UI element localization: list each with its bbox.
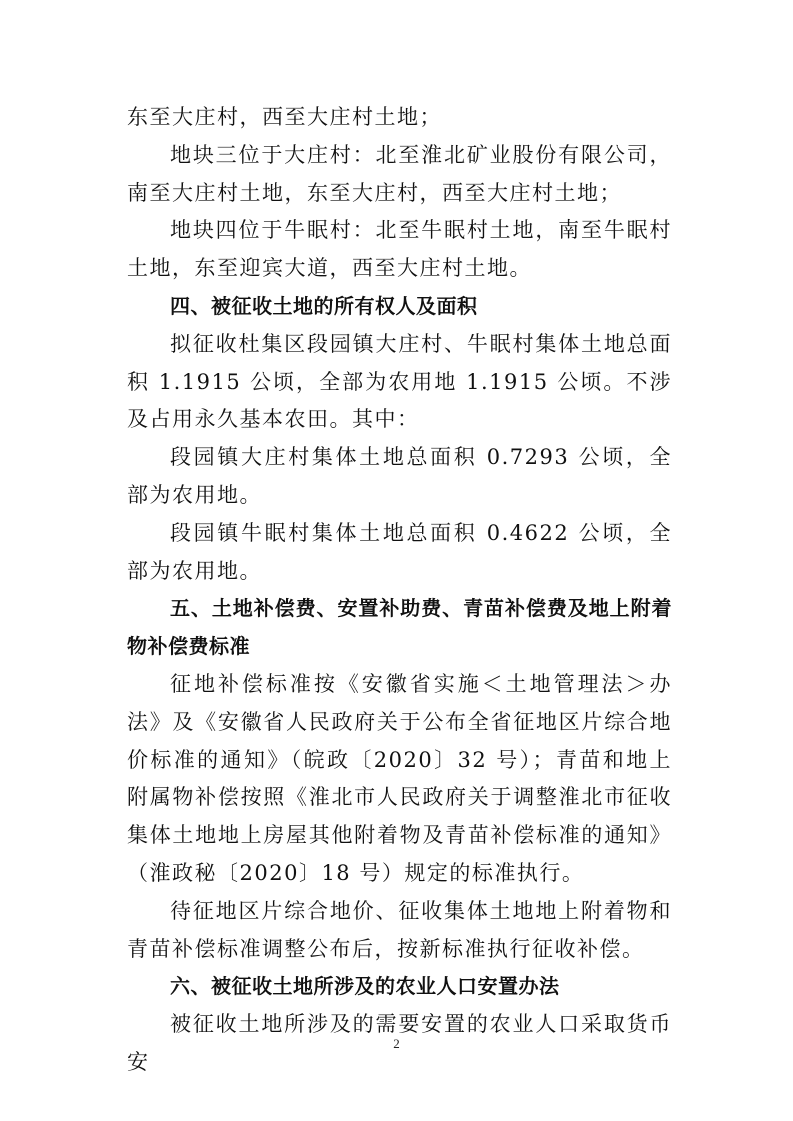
section-heading-resettlement: 六、被征收土地所涉及的农业人口安置办法 bbox=[127, 968, 672, 1006]
section-heading-compensation-standards: 五、土地补偿费、安置补助费、青苗补偿费及地上附着物补偿费标准 bbox=[127, 590, 672, 666]
paragraph-land-boundary-cont: 东至大庄村，西至大庄村土地； bbox=[127, 99, 672, 137]
document-page: 东至大庄村，西至大庄村土地； 地块三位于大庄村：北至淮北矿业股份有限公司，南至大… bbox=[127, 99, 672, 1082]
paragraph-total-area: 拟征收杜集区段园镇大庄村、牛眠村集体土地总面积 1.1915 公顷，全部为农用地… bbox=[127, 326, 672, 439]
paragraph-plot-four: 地块四位于牛眠村：北至牛眠村土地，南至牛眠村土地，东至迎宾大道，西至大庄村土地。 bbox=[127, 212, 672, 288]
paragraph-compensation-basis: 征地补偿标准按《安徽省实施＜土地管理法＞办法》及《安徽省人民政府关于公布全省征地… bbox=[127, 666, 672, 893]
section-heading-ownership-area: 四、被征收土地的所有权人及面积 bbox=[127, 288, 672, 326]
paragraph-niumian-area: 段园镇牛眠村集体土地总面积 0.4622 公顷，全部为农用地。 bbox=[127, 515, 672, 591]
page-number: 2 bbox=[0, 1036, 793, 1052]
paragraph-plot-three: 地块三位于大庄村：北至淮北矿业股份有限公司，南至大庄村土地，东至大庄村，西至大庄… bbox=[127, 137, 672, 213]
paragraph-dazhuang-area: 段园镇大庄村集体土地总面积 0.7293 公顷，全部为农用地。 bbox=[127, 439, 672, 515]
paragraph-compensation-adjustment: 待征地区片综合地价、征收集体土地地上附着物和青苗补偿标准调整公布后，按新标准执行… bbox=[127, 893, 672, 969]
